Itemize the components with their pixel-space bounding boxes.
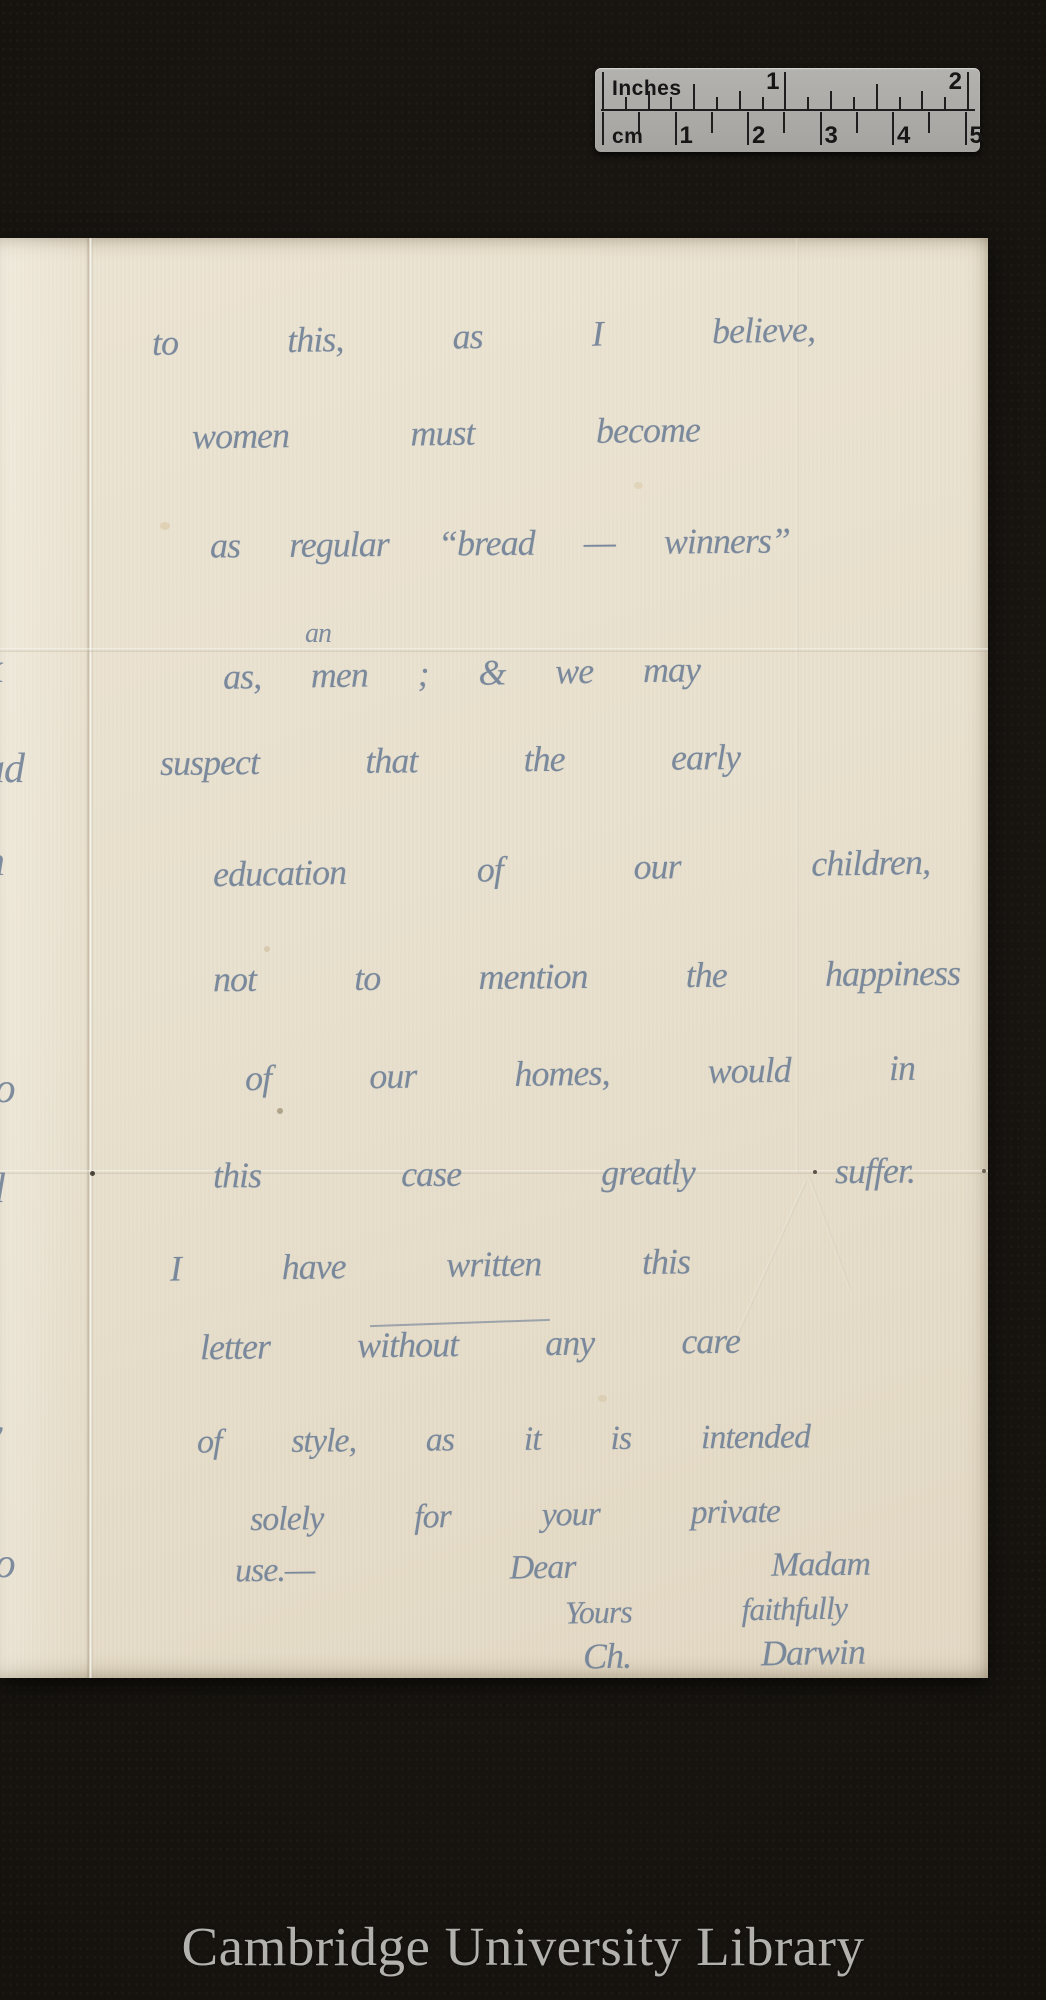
margin-stroke-fragment: k [0, 645, 2, 693]
handwritten-word: believe, [712, 311, 816, 351]
ruler-tick [602, 72, 604, 110]
handwriting-line: ofstyle,asitisintended [197, 1419, 810, 1460]
ruler-tick [716, 97, 718, 110]
handwritten-word: in [889, 1050, 916, 1088]
ruler-tick [921, 91, 923, 110]
handwritten-word: as [210, 527, 240, 565]
ruler-tick [784, 72, 786, 110]
ruler-cm-number: 1 [680, 124, 693, 148]
handwritten-word: that [365, 742, 417, 780]
handwritten-word: regular [289, 526, 389, 565]
ruler-tick [625, 97, 627, 110]
paper-stain [634, 482, 643, 489]
paper-speck [90, 1171, 95, 1176]
ruler-tick [602, 112, 604, 145]
handwritten-word: I [591, 316, 603, 354]
ruler-tick [648, 91, 650, 110]
handwritten-word: children, [811, 844, 930, 884]
handwritten-word: faithfully [741, 1592, 847, 1627]
handwritten-word: this [213, 1157, 261, 1195]
ruler-inch-number: 2 [936, 70, 962, 94]
paper-stain [160, 522, 170, 530]
handwriting-line: Ihavewrittenthis [170, 1243, 690, 1288]
fold-crease [0, 648, 988, 652]
handwritten-word: to [152, 324, 179, 362]
handwritten-word: education [213, 854, 347, 894]
ruler-tick [711, 112, 713, 133]
handwritten-word: as [452, 318, 483, 356]
handwritten-word: become [596, 411, 700, 450]
ruler-tick [638, 112, 640, 133]
paper-stain [264, 946, 270, 952]
photo-background: Inches cm 1212345 )kadhtod)yto tothis,as… [0, 0, 1046, 2000]
ruler-tick [965, 112, 967, 145]
ruler-tick [853, 97, 855, 110]
ruler-tick [967, 72, 969, 110]
handwritten-word: happiness [825, 955, 960, 994]
handwritten-word: not [213, 961, 256, 999]
fold-crease [808, 1176, 852, 1290]
handwritten-word: women [192, 417, 290, 456]
handwriting-line: letterwithoutanycare [200, 1323, 740, 1367]
handwritten-word: would [707, 1052, 791, 1091]
handwritten-word: it [524, 1422, 541, 1458]
handwritten-word: mention [478, 958, 587, 997]
handwritten-word: your [541, 1497, 600, 1534]
handwritten-word: case [401, 1156, 461, 1194]
ruler-tick [670, 97, 672, 110]
handwritten-word: without [357, 1326, 458, 1365]
ruler-tick [783, 112, 785, 133]
handwriting-line: thiscasegreatlysuffer. [213, 1153, 915, 1196]
handwritten-word: Ch. [583, 1638, 632, 1677]
handwritten-word: Madam [771, 1547, 870, 1584]
handwritten-word: solely [250, 1501, 324, 1538]
ruler-tick [747, 112, 749, 145]
ruler-cm-number: 2 [752, 124, 765, 148]
margin-stroke-fragment: d [0, 1165, 4, 1213]
handwritten-word: this [642, 1243, 691, 1281]
paper-stain [598, 1395, 607, 1402]
handwritten-word: men [311, 656, 369, 695]
handwritten-word: Darwin [761, 1634, 866, 1674]
handwritten-word: use.— [235, 1552, 314, 1589]
ruler-cm-number: 3 [825, 124, 838, 148]
ruler-tick [675, 112, 677, 145]
ruler-tick [820, 112, 822, 145]
handwritten-word: “bread [438, 525, 535, 564]
handwritten-word: as, [223, 658, 262, 696]
interline-insertion: an [305, 618, 331, 650]
handwritten-word: Dear [509, 1550, 575, 1586]
handwritten-word: winners” [664, 522, 790, 561]
handwritten-word: this, [287, 321, 344, 360]
ruler-tick [693, 84, 695, 110]
margin-stroke-fragment: ad [0, 745, 24, 793]
ruler-tick [830, 91, 832, 110]
paper-stain [277, 1108, 283, 1114]
ruler-tick [807, 97, 809, 110]
handwritten-word: letter [200, 1328, 270, 1367]
fold-crease [796, 238, 799, 1173]
handwritten-word: suspect [160, 744, 259, 783]
ruler-midline [601, 109, 975, 111]
handwritten-word: of [197, 1424, 222, 1460]
ruler-tick [899, 97, 901, 110]
fold-crease [736, 1180, 808, 1337]
handwritten-word: for [414, 1499, 451, 1535]
handwritten-word: of [476, 851, 503, 889]
measurement-ruler: Inches cm 1212345 [595, 68, 980, 152]
handwritten-word: is [610, 1421, 631, 1457]
margin-stroke-fragment: h [0, 838, 4, 886]
handwritten-word: may [643, 651, 701, 690]
ruler-tick [856, 112, 858, 133]
handwritten-word: homes, [514, 1055, 610, 1094]
handwritten-word: greatly [601, 1154, 695, 1192]
handwritten-word: intended [701, 1419, 810, 1456]
ruler-inch-number: 1 [754, 70, 780, 94]
handwritten-word: any [545, 1324, 594, 1362]
handwriting-line: nottomentionthehappiness [213, 955, 960, 999]
ruler-cm-number: 4 [897, 124, 910, 148]
handwritten-word: as [426, 1422, 455, 1458]
handwritten-word: private [690, 1494, 780, 1531]
ruler-tick [892, 112, 894, 145]
handwriting-line: Yoursfaithfully [565, 1592, 848, 1631]
margin-stroke-fragment: y [0, 1410, 2, 1458]
ruler-tick [944, 97, 946, 110]
handwritten-word: I [170, 1250, 182, 1288]
margin-stroke-fragment: to [0, 1540, 15, 1588]
ruler-cm-number: 5 [970, 124, 983, 148]
handwritten-word: written [446, 1245, 542, 1284]
handwritten-word: Yours [565, 1595, 632, 1630]
handwriting-line: asregular“bread—winners” [210, 522, 790, 565]
handwritten-word: our [369, 1058, 417, 1097]
handwritten-word: care [681, 1323, 740, 1362]
handwritten-word: the [523, 741, 564, 779]
paper-speck [982, 1169, 986, 1173]
handwritten-word: style, [291, 1423, 356, 1459]
handwritten-word: must [410, 415, 475, 454]
ruler-tick [739, 91, 741, 110]
ruler-tick [876, 84, 878, 110]
handwritten-word: early [671, 739, 740, 778]
handwritten-word: of [245, 1060, 272, 1098]
margin-stroke-fragment: to [0, 1065, 15, 1113]
signature-line: Ch.Darwin [583, 1634, 866, 1677]
handwriting-line: as,men;&wemay [223, 651, 701, 696]
ruler-tick [928, 112, 930, 133]
handwritten-word: we [555, 653, 594, 691]
handwritten-word: suffer. [835, 1153, 915, 1191]
handwritten-word: our [633, 848, 681, 887]
handwriting-line: womenmustbecome [192, 411, 700, 456]
handwritten-word: & [478, 654, 506, 692]
handwritten-word: — [584, 524, 615, 562]
handwritten-word: the [686, 957, 727, 995]
page-fold-seam [86, 238, 93, 1678]
handwritten-word: ; [417, 656, 429, 694]
ruler-tick [762, 97, 764, 110]
handwritten-word: have [281, 1248, 345, 1287]
library-caption: Cambridge University Library [0, 1918, 1046, 1976]
handwriting-line: suspectthattheearly [160, 739, 740, 783]
handwritten-word: to [354, 960, 380, 998]
adjacent-page-edge [0, 238, 86, 1678]
handwriting-line: use.—DearMadam [235, 1547, 870, 1589]
